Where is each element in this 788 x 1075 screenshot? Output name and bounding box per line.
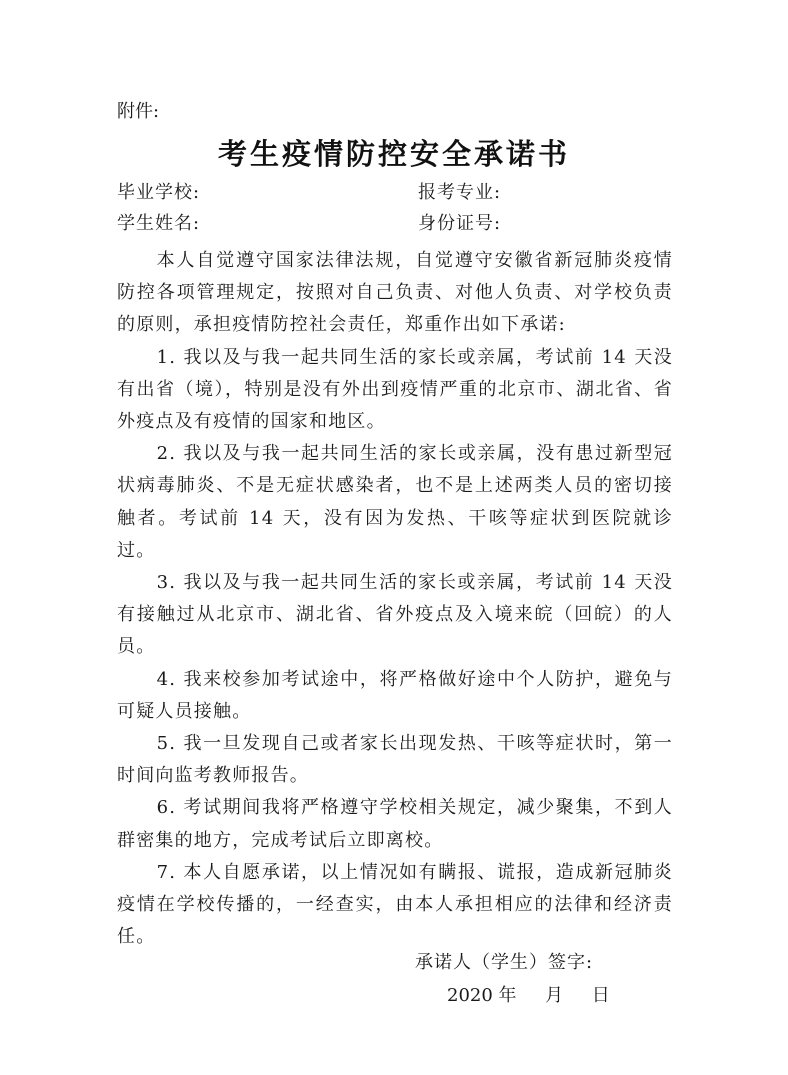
pledge-item-6: 6. 考试期间我将严格遵守学校相关规定，减少聚集，不到人群密集的地方，完成考试后…	[117, 792, 673, 856]
document-title: 考生疫情防控安全承诺书	[0, 134, 788, 174]
pledge-item-1: 1. 我以及与我一起共同生活的家长或亲属，考试前 14 天没有出省（境），特别是…	[117, 342, 673, 439]
pledge-item-2: 2. 我以及与我一起共同生活的家长或亲属，没有患过新型冠状病毒肺炎、不是无症状感…	[117, 438, 673, 567]
id-field-label: 身份证号:	[418, 211, 501, 237]
signature-label: 承诺人（学生）签字:	[415, 950, 593, 976]
pledge-body: 本人自觉遵守国家法律法规，自觉遵守安徽省新冠肺炎疫情防控各项管理规定，按照对自己…	[117, 245, 673, 953]
pledge-item-5: 5. 我一旦发现自己或者家长出现发热、干咳等症状时，第一时间向监考教师报告。	[117, 728, 673, 792]
date-line: 2020 年 月 日	[447, 983, 610, 1009]
major-field-label: 报考专业:	[418, 180, 501, 206]
document-page: 附件: 考生疫情防控安全承诺书 毕业学校: 报考专业: 学生姓名: 身份证号: …	[0, 0, 788, 1075]
pledge-item-4: 4. 我来校参加考试途中，将严格做好途中个人防护，避免与可疑人员接触。	[117, 664, 673, 728]
school-field-label: 毕业学校:	[117, 180, 200, 206]
pledge-item-3: 3. 我以及与我一起共同生活的家长或亲属，考试前 14 天没有接触过从北京市、湖…	[117, 567, 673, 664]
attachment-label: 附件:	[117, 99, 159, 125]
intro-paragraph: 本人自觉遵守国家法律法规，自觉遵守安徽省新冠肺炎疫情防控各项管理规定，按照对自己…	[117, 245, 673, 342]
name-field-label: 学生姓名:	[117, 211, 200, 237]
pledge-item-7: 7. 本人自愿承诺，以上情况如有瞒报、谎报，造成新冠肺炎疫情在学校传播的，一经查…	[117, 857, 673, 954]
